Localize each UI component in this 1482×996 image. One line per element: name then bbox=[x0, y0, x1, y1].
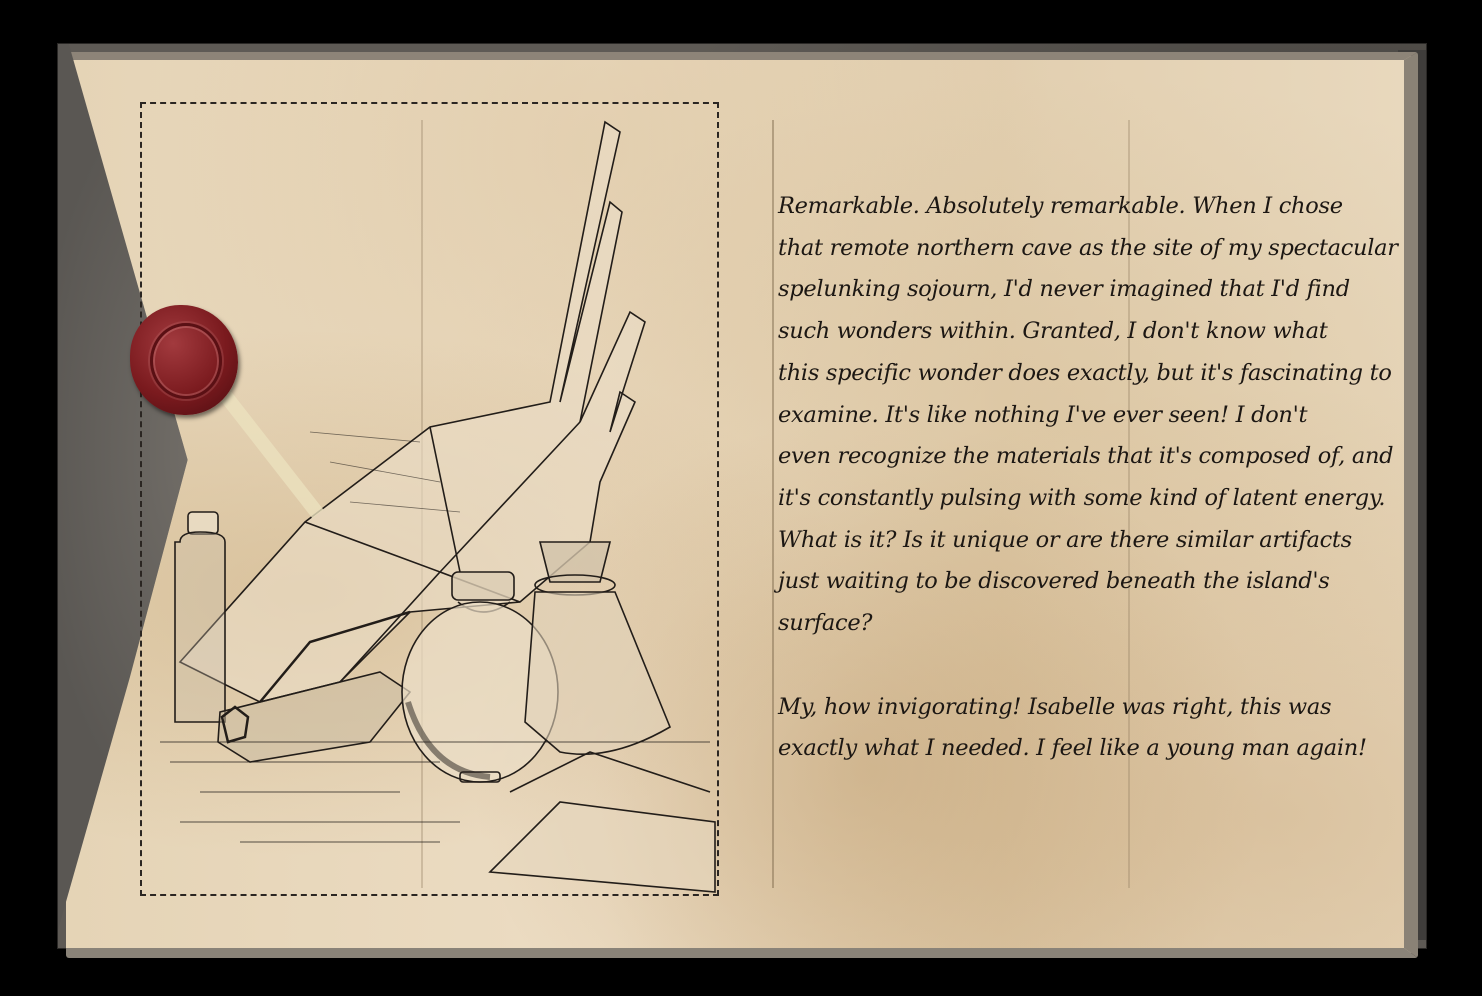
journal-line: that remote northern cave as the site of… bbox=[778, 228, 1378, 270]
journal-line: What is it? Is it unique or are there si… bbox=[778, 520, 1378, 562]
journal-line: Remarkable. Absolutely remarkable. When … bbox=[778, 186, 1378, 228]
artifact-illustration bbox=[140, 102, 719, 896]
seal-stamp-ring bbox=[150, 323, 222, 399]
journal-line: such wonders within. Granted, I don't kn… bbox=[778, 311, 1378, 353]
journal-line: it's constantly pulsing with some kind o… bbox=[778, 478, 1378, 520]
journal-text: Remarkable. Absolutely remarkable. When … bbox=[778, 186, 1378, 770]
paper-sheet-icon bbox=[490, 752, 715, 892]
journal-line: surface? bbox=[778, 603, 1378, 645]
paragraph-gap bbox=[778, 645, 1378, 687]
fold-line bbox=[772, 120, 774, 888]
journal-line: this specific wonder does exactly, but i… bbox=[778, 353, 1378, 395]
journal-line: spelunking sojourn, I'd never imagined t… bbox=[778, 269, 1378, 311]
journal-line: exactly what I needed. I feel like a you… bbox=[778, 728, 1378, 770]
journal-paragraph-2: My, how invigorating! Isabelle was right… bbox=[778, 687, 1378, 770]
journal-line: even recognize the materials that it's c… bbox=[778, 436, 1378, 478]
journal-line: examine. It's like nothing I've ever see… bbox=[778, 395, 1378, 437]
journal-paragraph-1: Remarkable. Absolutely remarkable. When … bbox=[778, 186, 1378, 645]
journal-line: just waiting to be discovered beneath th… bbox=[778, 561, 1378, 603]
wax-seal-icon bbox=[130, 305, 238, 415]
tall-bottle-icon bbox=[175, 512, 225, 722]
journal-line: My, how invigorating! Isabelle was right… bbox=[778, 687, 1378, 729]
